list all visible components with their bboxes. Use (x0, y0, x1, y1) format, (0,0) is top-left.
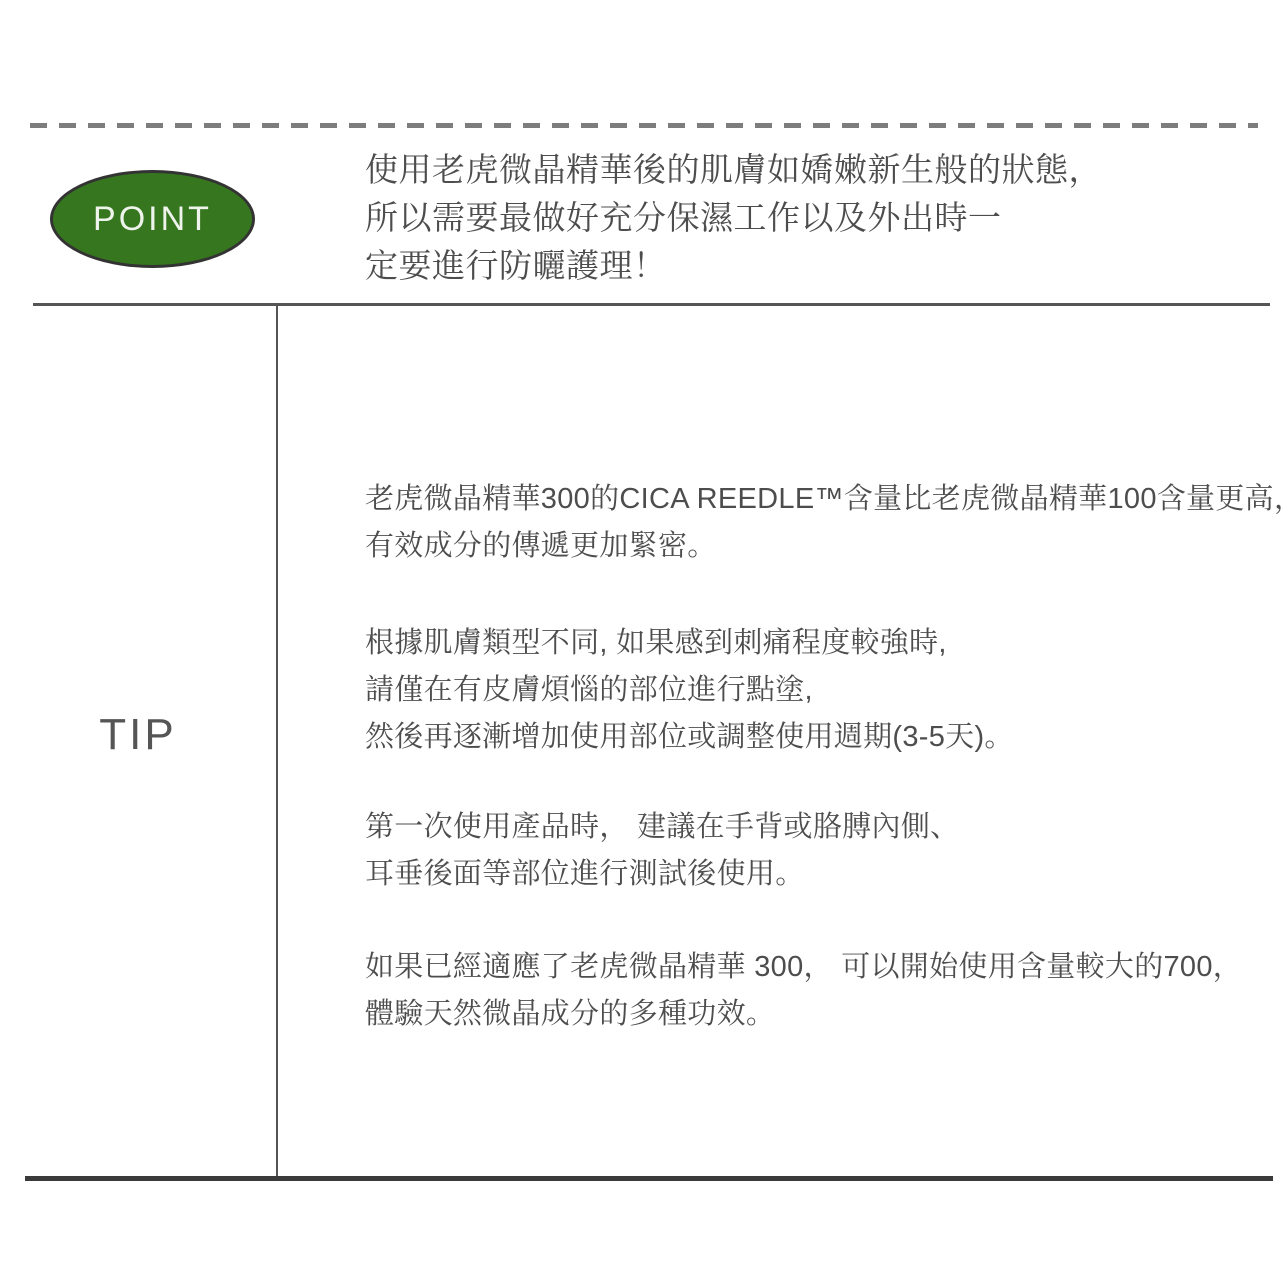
tip-paragraph-2: 根據肌膚類型不同, 如果感到刺痛程度較強時, 請僅在有皮膚煩惱的部位進行點塗, … (365, 620, 1245, 761)
bottom-divider (25, 1176, 1273, 1181)
vertical-divider (276, 303, 278, 1179)
tip-paragraph-3-line-1: 第一次使用產品時， 建議在手背或胳膊內側、 (365, 804, 1245, 851)
point-note-line-3: 定要進行防曬護理！ (365, 242, 1235, 290)
point-badge: POINT (50, 170, 255, 268)
horizontal-divider (33, 303, 1270, 306)
dashed-divider (30, 123, 1258, 128)
tip-paragraph-4-line-1: 如果已經適應了老虎微晶精華 300， 可以開始使用含量較大的700， (365, 944, 1245, 991)
product-info-panel: POINT 使用老虎微晶精華後的肌膚如嬌嫩新生般的狀態， 所以需要最做好充分保濕… (0, 0, 1284, 1284)
tip-paragraph-2-line-3: 然後再逐漸增加使用部位或調整使用週期(3-5天)。 (365, 714, 1245, 761)
tip-paragraph-3: 第一次使用產品時， 建議在手背或胳膊內側、 耳垂後面等部位進行測試後使用。 (365, 804, 1245, 898)
tip-paragraph-2-line-2: 請僅在有皮膚煩惱的部位進行點塗, (365, 667, 1245, 714)
tip-paragraph-1-line-1: 老虎微晶精華300的CICA REEDLE™含量比老虎微晶精華100含量更高， (365, 476, 1245, 523)
point-note-text: 使用老虎微晶精華後的肌膚如嬌嫩新生般的狀態， 所以需要最做好充分保濕工作以及外出… (365, 146, 1235, 290)
tip-label: TIP (0, 710, 276, 760)
point-note-line-1: 使用老虎微晶精華後的肌膚如嬌嫩新生般的狀態， (365, 146, 1235, 194)
tip-paragraph-1-line-2: 有效成分的傳遞更加緊密。 (365, 523, 1245, 570)
tip-paragraph-3-line-2: 耳垂後面等部位進行測試後使用。 (365, 851, 1245, 898)
tip-paragraph-4-line-2: 體驗天然微晶成分的多種功效。 (365, 991, 1245, 1038)
tip-paragraph-2-line-1: 根據肌膚類型不同, 如果感到刺痛程度較強時, (365, 620, 1245, 667)
point-badge-label: POINT (93, 200, 212, 239)
point-note-line-2: 所以需要最做好充分保濕工作以及外出時一 (365, 194, 1235, 242)
tip-paragraph-4: 如果已經適應了老虎微晶精華 300， 可以開始使用含量較大的700， 體驗天然微… (365, 944, 1245, 1038)
tip-paragraph-1: 老虎微晶精華300的CICA REEDLE™含量比老虎微晶精華100含量更高， … (365, 476, 1245, 570)
